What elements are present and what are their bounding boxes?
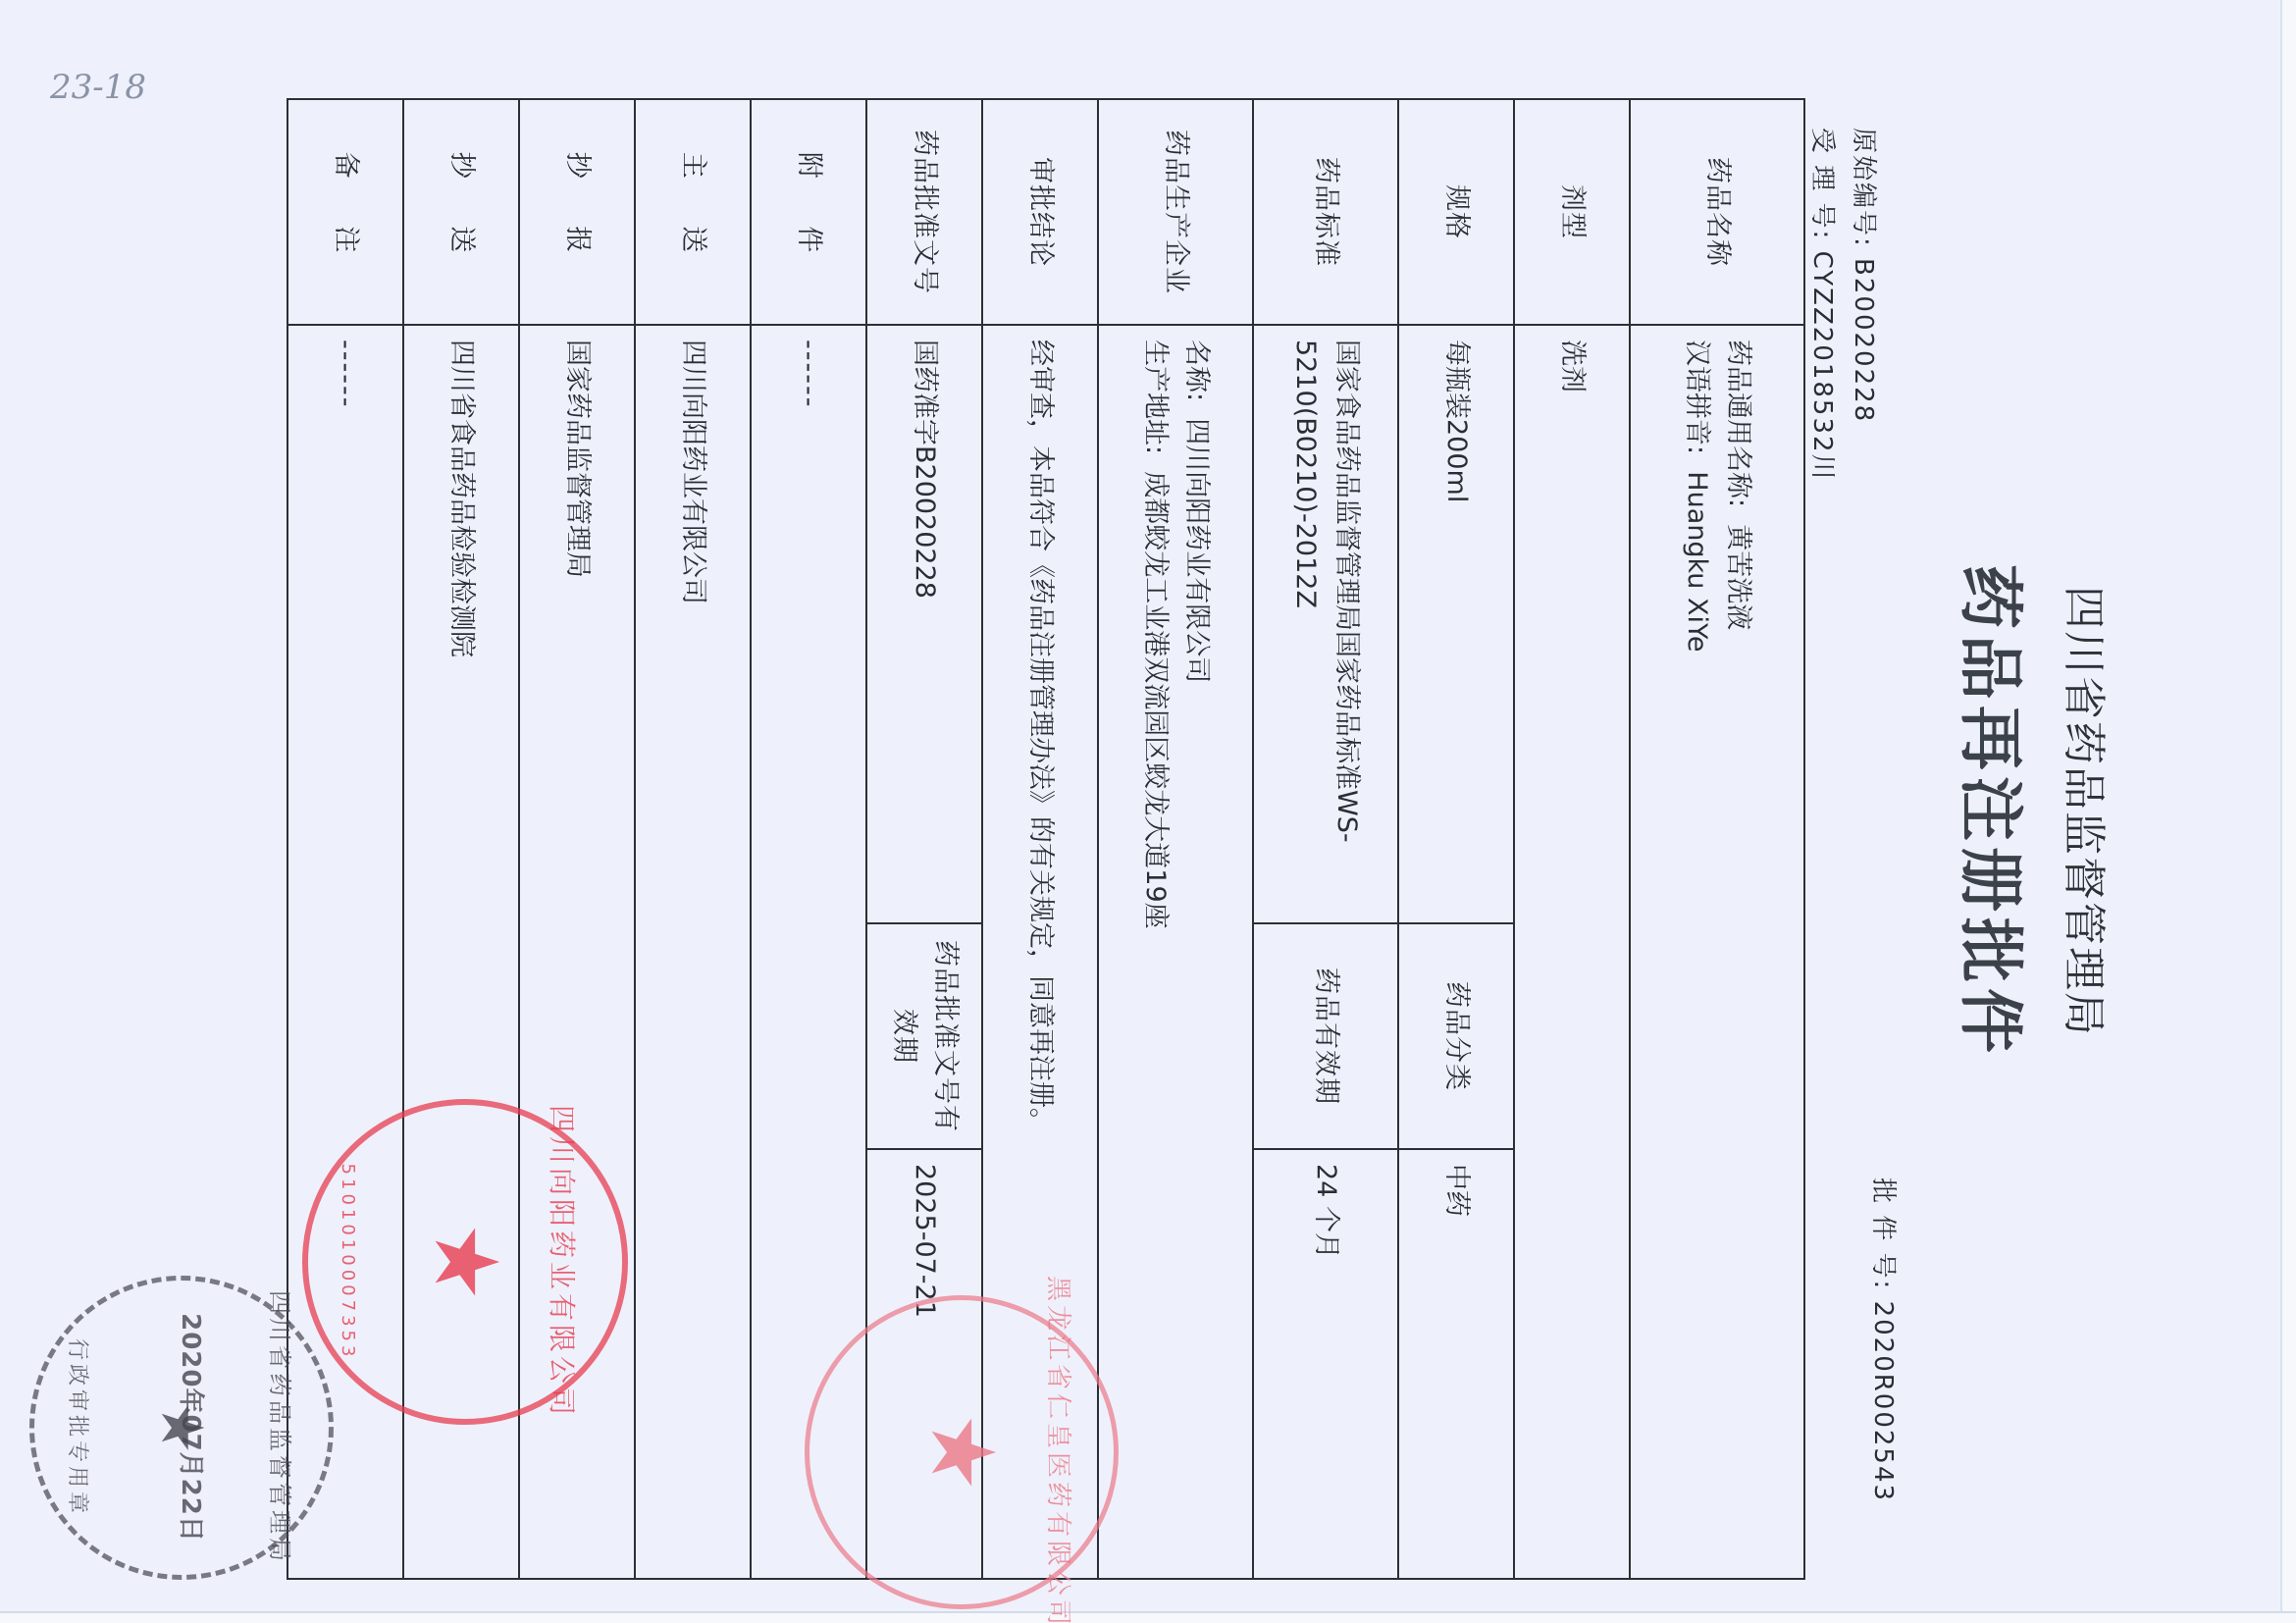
specification-value: 每瓶装200ml — [1398, 325, 1514, 923]
company-seal: 四川向阳药业有限公司 ★ 5101010007353 — [302, 1099, 628, 1425]
remarks-label: 备 注 — [287, 99, 403, 325]
category-value: 中药 — [1398, 1149, 1514, 1579]
original-number-value: B20020228 — [1849, 258, 1878, 423]
shelf-life-label: 药品有效期 — [1253, 923, 1398, 1149]
attachment-label: 附 件 — [751, 99, 866, 325]
document-number: 批 件 号: 2020R002543 — [1867, 1178, 1904, 1502]
agency-seal-text: 四川省药品监督管理局 — [265, 1290, 299, 1565]
row-specification: 规格 每瓶装200ml 药品分类 中药 — [1398, 99, 1514, 1579]
agency-seal-date: 2020年07月22日 — [175, 1313, 211, 1543]
acceptance-number-value: CYZZ2018532川 — [1807, 251, 1837, 482]
pinyin-label: 汉语拼音: — [1682, 340, 1712, 454]
generic-name-label: 药品通用名称: — [1723, 340, 1753, 507]
agency-seal: 四川省药品监督管理局 ★ 2020年07月22日 行政审批专用章 — [29, 1276, 334, 1580]
category-label: 药品分类 — [1398, 923, 1514, 1149]
acceptance-number-label: 受 理 号: — [1807, 128, 1837, 240]
row-manufacturer: 药品生产企业 名称: 四川向阳药业有限公司 生产地址: 成都蛟龙工业港双流园区蛟… — [1098, 99, 1253, 1579]
manufacturer-name: 四川向阳药业有限公司 — [1181, 418, 1212, 683]
seal-star-icon: ★ — [421, 1223, 509, 1302]
approval-number-value: 国药准字B20020228 — [866, 325, 982, 923]
generic-name: 黄苦洗液 — [1723, 524, 1753, 630]
standard-label: 药品标准 — [1253, 99, 1398, 325]
manufacturer-label: 药品生产企业 — [1098, 99, 1253, 325]
manufacturer-address-label: 生产地址: — [1140, 340, 1171, 454]
main-recipient-value: 四川向阳药业有限公司 — [635, 325, 751, 1579]
distributor-seal-text: 黑龙江省仁皇医药有限公司 — [1042, 1276, 1078, 1623]
conclusion-label: 审批结论 — [982, 99, 1098, 325]
document-number-value: 2020R002543 — [1868, 1301, 1898, 1503]
pinyin-name: Huangku XiYe — [1682, 471, 1712, 652]
dosage-form-value: 洗剂 — [1514, 325, 1630, 1579]
shelf-life-value: 24 个月 — [1253, 1149, 1398, 1579]
seal-star-icon: ★ — [917, 1413, 1006, 1492]
distributor-seal: 黑龙江省仁皇医药有限公司 ★ — [805, 1295, 1119, 1609]
agency-seal-sub: 行政审批专用章 — [64, 1338, 94, 1517]
manufacturer-address: 成都蛟龙工业港双流园区蛟龙大道19座 — [1140, 471, 1171, 928]
dosage-form-label: 剂型 — [1514, 99, 1630, 325]
row-standard: 药品标准 国家食品药品监督管理局国家药品标准WS-5210(B0210)-201… — [1253, 99, 1398, 1579]
manufacturer-value: 名称: 四川向阳药业有限公司 生产地址: 成都蛟龙工业港双流园区蛟龙大道19座 — [1098, 325, 1253, 1579]
document-number-label: 批 件 号: — [1868, 1178, 1898, 1290]
handwritten-note: 23-18 — [50, 68, 146, 107]
acceptance-number: 受 理 号: CYZZ2018532川 — [1806, 128, 1843, 482]
document-title: 药品再注册批件 — [1950, 0, 2043, 1623]
approval-validity-label: 药品批准文号有效期 — [866, 923, 982, 1149]
standard-value: 国家食品药品监督管理局国家药品标准WS-5210(B0210)-2012Z — [1253, 325, 1398, 923]
original-number-label: 原始编号: — [1849, 128, 1878, 248]
approval-number-label: 药品批准文号 — [866, 99, 982, 325]
drug-name-label: 药品名称 — [1630, 99, 1804, 325]
report-to-label: 抄 报 — [519, 99, 635, 325]
copy-to-label: 抄 送 — [403, 99, 519, 325]
issuing-agency: 四川省药品监督管理局 — [2057, 0, 2119, 1623]
row-drug-name: 药品名称 药品通用名称: 黄苦洗液 汉语拼音: Huangku XiYe — [1630, 99, 1804, 1579]
main-recipient-label: 主 送 — [635, 99, 751, 325]
specification-label: 规格 — [1398, 99, 1514, 325]
company-seal-code: 5101010007353 — [338, 1164, 358, 1361]
company-seal-text: 四川向阳药业有限公司 — [544, 1105, 583, 1419]
row-dosage-form: 剂型 洗剂 — [1514, 99, 1630, 1579]
drug-name-value: 药品通用名称: 黄苦洗液 汉语拼音: Huangku XiYe — [1630, 325, 1804, 1579]
original-number: 原始编号: B20020228 — [1848, 128, 1884, 423]
row-main-recipient: 主 送 四川向阳药业有限公司 — [635, 99, 751, 1579]
approval-document-page: 四川省药品监督管理局 药品再注册批件 批 件 号: 2020R002543 原始… — [0, 0, 2296, 1623]
manufacturer-name-label: 名称: — [1181, 340, 1212, 401]
